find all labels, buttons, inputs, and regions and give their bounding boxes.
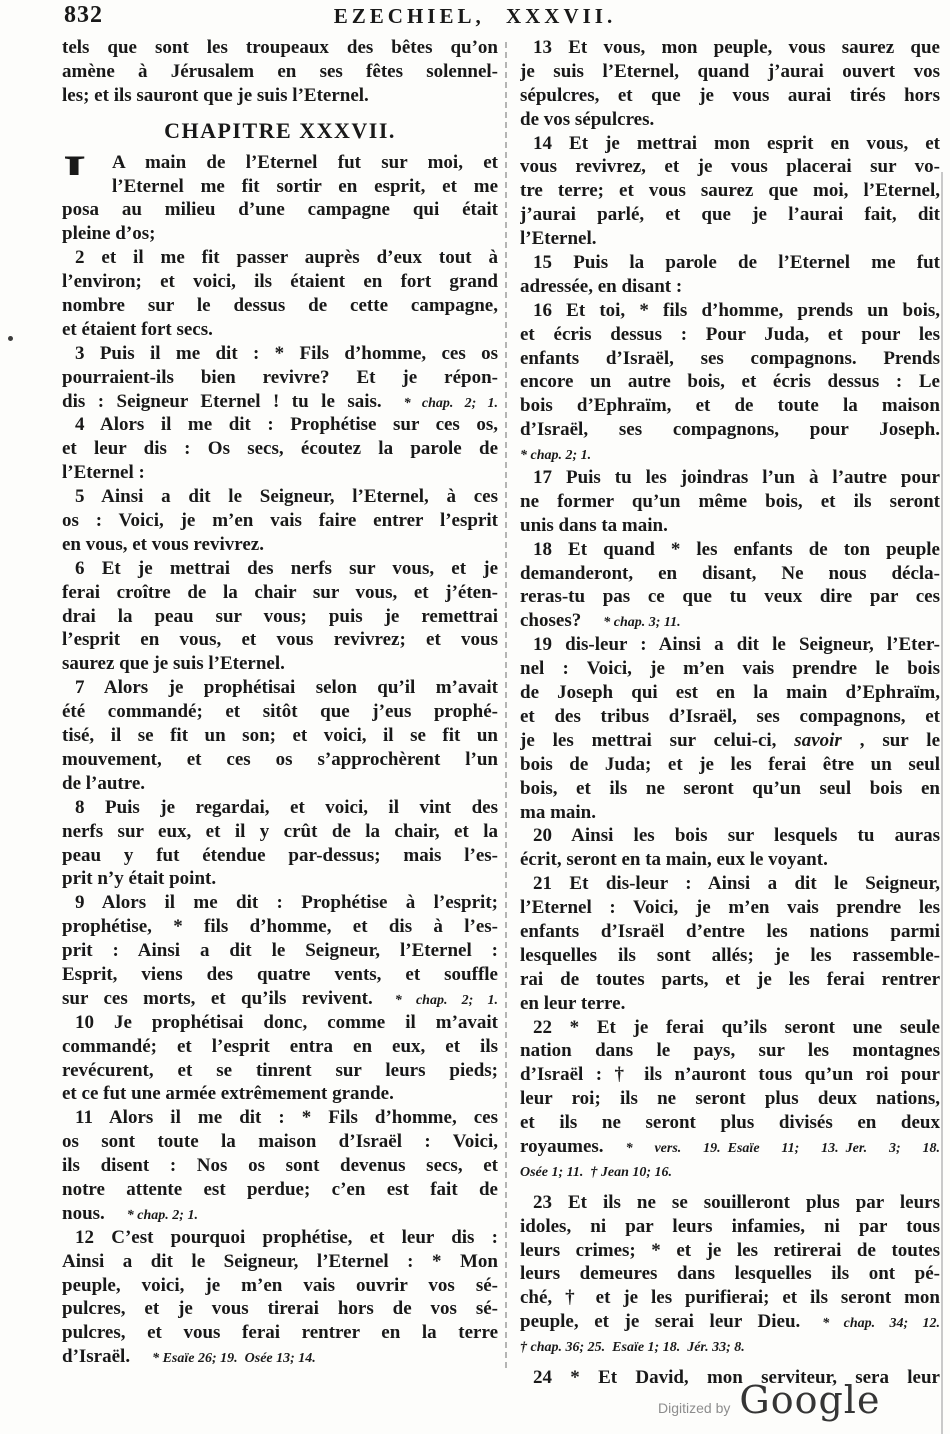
text-line: lesquelles ils sont allés; je les rassem… — [520, 944, 940, 968]
verse-text: d’Israël. — [62, 1346, 130, 1367]
scan-artifact-dot — [8, 336, 13, 341]
verse-text: reras-tu pas ce que tu veux dire par ces — [520, 586, 940, 607]
verse-text: sépulcres, et que je vous aurai tirés ho… — [520, 85, 940, 106]
text-line: nous.* chap. 2; 1. — [62, 1202, 498, 1226]
chapter-heading: CHAPITRE XXXVII. — [62, 118, 498, 144]
verse-text: 2 et il me fit passer auprès d’eux tout … — [75, 247, 498, 268]
citation-reference: * chap. 2; 1. — [127, 1208, 198, 1223]
text-line: * chap. 2; 1. — [520, 442, 940, 466]
verse-text: savoir — [794, 730, 842, 751]
verse-text: bois d’Ephraïm, et de toute la maison — [520, 395, 940, 416]
text-line: ma main. — [520, 801, 940, 825]
text-line: unis dans ta main. — [520, 514, 940, 538]
verse-text: saurez que je suis l’Eternel. — [62, 653, 285, 674]
verse-text: l’Eternel me fit sortir en esprit, et me — [112, 176, 498, 197]
digitization-credit: Digitized by Google — [658, 1378, 880, 1422]
text-line: commandé; et l’esprit entra en eux, et i… — [62, 1035, 498, 1059]
text-line: je les mettrai sur celui-ci, savoir , su… — [520, 729, 940, 753]
verse-text: idoles, ni par leurs infamies, ni par to… — [520, 1216, 940, 1237]
text-line: d’Israël.* Esaïe 26; 19. Osée 13; 14. — [62, 1345, 498, 1369]
verse-text: A main de l’Eternel fut sur moi, et — [112, 152, 498, 173]
text-line: 21 Et dis-leur : Ainsi a dit le Seigneur… — [520, 872, 940, 896]
verse-text: 20 Ainsi les bois sur lesquels tu auras — [533, 825, 940, 846]
text-line: peuple, voici, je m’en vais ouvrir vos s… — [62, 1274, 498, 1298]
verse-text: 18 Et quand * les enfants de ton peuple — [533, 539, 940, 560]
text-line: demanderont, en disant, Ne nous décla- — [520, 562, 940, 586]
text-line: 23 Et ils ne se souilleront plus par leu… — [520, 1191, 940, 1215]
verse-text: nombre sur le dessus de cette campagne, — [62, 295, 498, 316]
text-line: os sont toute la maison d’Israël : Voici… — [62, 1130, 498, 1154]
text-line: et des tribus d’Israël, ses compagnons, … — [520, 705, 940, 729]
verse-text: 23 Et ils ne se souilleront plus par leu… — [533, 1192, 940, 1213]
left-text-column: tels que sont les troupeaux des bêtes qu… — [62, 36, 498, 1369]
text-line: choses?* chap. 3; 11. — [520, 609, 940, 633]
text-line: prit : Ainsi a dit le Seigneur, l’Eterne… — [62, 939, 498, 963]
citation-reference: * chap. 2; 1. — [520, 448, 591, 463]
verse-text: pulcres, et vous ferai rentrer en la ter… — [62, 1322, 498, 1343]
verse-text: 13 Et vous, mon peuple, vous saurez que — [533, 37, 940, 58]
verse-text: 12 C’est pourquoi prophétise, et leur di… — [75, 1227, 498, 1248]
verse-text: pulcres, et je vous tirerai hors de vos … — [62, 1298, 498, 1319]
verse-text: rai de toutes parts, et je les ferai ren… — [520, 969, 940, 990]
text-line: encore un autre bois, et écris dessus : … — [520, 370, 940, 394]
verse-text: 4 Alors il me dit : Prophétise sur ces o… — [75, 414, 498, 435]
verse-text: j’aurai parlé, et que je l’aurai fait, d… — [520, 204, 940, 225]
text-line: 9 Alors il me dit : Prophétise à l’espri… — [62, 891, 498, 915]
text-line: 20 Ainsi les bois sur lesquels tu auras — [520, 824, 940, 848]
verse-text: revécurent, et se tinrent sur leurs pied… — [62, 1060, 498, 1081]
column-divider-rule — [505, 42, 507, 1368]
citation-reference: * chap. 2; 1. — [404, 396, 498, 411]
verse-text: tels que sont les troupeaux des bêtes qu… — [62, 37, 498, 58]
text-line: j’aurai parlé, et que je l’aurai fait, d… — [520, 203, 940, 227]
verse-text: , sur le — [860, 730, 940, 751]
text-line: Esprit, viens des quatre vents, et souff… — [62, 963, 498, 987]
verse-text: prit : Ainsi a dit le Seigneur, l’Eterne… — [62, 940, 498, 961]
text-line: je suis l’Eternel, quand j’aurai ouvert … — [520, 60, 940, 84]
verse-text: leurs demeures dans lesquelles ils ont p… — [520, 1263, 940, 1284]
text-line: et étaient fort secs. — [62, 318, 498, 342]
verse-text: 5 Ainsi a dit le Seigneur, l’Eternel, à … — [75, 486, 498, 507]
text-line: 12 C’est pourquoi prophétise, et leur di… — [62, 1226, 498, 1250]
text-line: mouvement, et ces os s’approchèrent l’un — [62, 748, 498, 772]
verse-text: ma main. — [520, 802, 596, 823]
verse-text: ché, † et je les purifierai; et ils sero… — [520, 1287, 940, 1308]
text-line: 15 Puis la parole de l’Eternel me fut — [520, 251, 940, 275]
text-line: 13 Et vous, mon peuple, vous saurez que — [520, 36, 940, 60]
verse-text: nous. — [62, 1203, 105, 1224]
text-line: pleine d’os; — [62, 222, 498, 246]
text-line: nel : Voici, je m’en vais prendre le boi… — [520, 657, 940, 681]
verse-text: je suis l’Eternel, quand j’aurai ouvert … — [520, 61, 940, 82]
text-line: 19 dis-leur : Ainsi a dit le Seigneur, l… — [520, 633, 940, 657]
verse-text: Esprit, viens des quatre vents, et souff… — [62, 964, 498, 985]
verse-text: et écris dessus : Pour Juda, et pour les — [520, 324, 940, 345]
verse-text: enfants d’Israël d’entre les nations par… — [520, 921, 940, 942]
text-line: reras-tu pas ce que tu veux dire par ces — [520, 585, 940, 609]
verse-text: unis dans ta main. — [520, 515, 668, 536]
verse-text: l’Eternel : Voici, je m’en vais prendre … — [520, 897, 940, 918]
text-line: LA main de l’Eternel fut sur moi, et — [62, 151, 498, 175]
text-line: ferai croître de la chair sur vous, et j… — [62, 581, 498, 605]
verse-text: os sont toute la maison d’Israël : Voici… — [62, 1131, 498, 1152]
verse-text: peau y fut étendue par-dessus; mais l’es… — [62, 845, 498, 866]
verse-text: encore un autre bois, et écris dessus : … — [520, 371, 940, 392]
text-line: tre terre; et vous saurez que moi, l’Ete… — [520, 179, 940, 203]
verse-text: tisé, il se fit un son; et voici, il se … — [62, 725, 498, 746]
verse-text: leur roi; ils ne seront plus deux nation… — [520, 1088, 940, 1109]
verse-text: tre terre; et vous saurez que moi, l’Ete… — [520, 180, 940, 201]
text-line: dis : Seigneur Eternel ! tu le sais.* ch… — [62, 390, 498, 414]
text-line: leurs demeures dans lesquelles ils ont p… — [520, 1262, 940, 1286]
verse-text: 19 dis-leur : Ainsi a dit le Seigneur, l… — [533, 634, 940, 655]
verse-text: vous revivrez, et je vous placerai sur v… — [520, 156, 940, 177]
verse-text: amène à Jérusalem en ses fêtes solennel- — [62, 61, 498, 82]
verse-text: en vous, et vous revivrez. — [62, 534, 264, 555]
text-line: tels que sont les troupeaux des bêtes qu… — [62, 36, 498, 60]
verse-text: l’environ; et voici, ils étaient en fort… — [62, 271, 498, 292]
verse-text: de Joseph qui est en la main d’Ephraïm, — [520, 682, 940, 703]
text-line: drai la peau sur vous; puis je remettrai — [62, 605, 498, 629]
text-line: ils disent : Nos os sont devenus secs, e… — [62, 1154, 498, 1178]
text-line: bois d’Ephraïm, et de toute la maison — [520, 394, 940, 418]
citation-reference: * Esaïe 26; 19. Osée 13; 14. — [152, 1351, 316, 1366]
verse-text: prit n’y était point. — [62, 868, 216, 889]
verse-text: 3 Puis il me dit : * Fils d’homme, ces o… — [75, 343, 498, 364]
verse-text: Ainsi a dit le Seigneur, l’Eternel : * M… — [62, 1251, 498, 1272]
verse-text: demanderont, en disant, Ne nous décla- — [520, 563, 940, 584]
verse-text: l’Eternel : — [62, 462, 145, 483]
verse-text: et ce fut une armée extrêmement grande. — [62, 1083, 394, 1104]
verse-text: enfants d’Israël, ses compagnons. Prends — [520, 348, 940, 369]
verse-text: royaumes. — [520, 1136, 604, 1157]
citation-reference: * chap. 3; 11. — [603, 615, 680, 630]
verse-text: et ils ne seront plus divisés en deux — [520, 1112, 940, 1133]
text-line: 3 Puis il me dit : * Fils d’homme, ces o… — [62, 342, 498, 366]
verse-text: leurs crimes; * et je les retirerai de t… — [520, 1240, 940, 1261]
verse-text: commandé; et l’esprit entra en eux, et i… — [62, 1036, 498, 1057]
verse-text: 10 Je prophétisai donc, comme il m’avait — [75, 1012, 498, 1033]
text-line: notre attente est perdue; c’en est fait … — [62, 1178, 498, 1202]
verse-text: ne former qu’un même bois, et ils seront — [520, 491, 940, 512]
verse-text: nation dans le pays, sur les montagnes — [520, 1040, 940, 1061]
verse-text: nel : Voici, je m’en vais prendre le boi… — [520, 658, 940, 679]
verse-text: et étaient fort secs. — [62, 319, 213, 340]
text-line: l’Eternel : Voici, je m’en vais prendre … — [520, 896, 940, 920]
verse-text: 6 Et je mettrai des nerfs sur vous, et j… — [75, 558, 498, 579]
verse-text: pleine d’os; — [62, 223, 155, 244]
verse-text: 9 Alors il me dit : Prophétise à l’espri… — [75, 892, 498, 913]
text-line: enfants d’Israël, ses compagnons. Prends — [520, 347, 940, 371]
scanned-book-page: 832 EZECHIEL, XXXVII. tels que sont les … — [0, 0, 950, 1434]
text-line: les; et ils sauront que je suis l’Eterne… — [62, 84, 498, 108]
verse-text: d’Israël : † ils n’auront tous qu’un roi… — [520, 1064, 940, 1085]
text-line: sur ces morts, et qu’ils revivent.* chap… — [62, 987, 498, 1011]
text-line: Ainsi a dit le Seigneur, l’Eternel : * M… — [62, 1250, 498, 1274]
verse-text: 15 Puis la parole de l’Eternel me fut — [533, 252, 940, 273]
verse-text: lesquelles ils sont allés; je les rassem… — [520, 945, 940, 966]
citation-reference: * vers. 19. Esaïe 11; 13. Jer. 3; 18. — [626, 1141, 940, 1156]
text-line: de Joseph qui est en la main d’Ephraïm, — [520, 681, 940, 705]
verse-text: en leur terre. — [520, 993, 625, 1014]
text-line: l’environ; et voici, ils étaient en fort… — [62, 270, 498, 294]
verse-text: 7 Alors je prophétisai selon qu’il m’ava… — [75, 677, 498, 698]
text-line: ne former qu’un même bois, et ils seront — [520, 490, 940, 514]
verse-text: 14 Et je mettrai mon esprit en vous, et — [533, 133, 940, 154]
verse-text: 22 * Et je ferai qu’ils seront une seule — [533, 1017, 940, 1038]
verse-text: dis : Seigneur Eternel ! tu le sais. — [62, 391, 382, 412]
text-line: sépulcres, et que je vous aurai tirés ho… — [520, 84, 940, 108]
text-line: 10 Je prophétisai donc, comme il m’avait — [62, 1011, 498, 1035]
verse-text: écrit, seront en ta main, eux le voyant. — [520, 849, 828, 870]
verse-text: et des tribus d’Israël, ses compagnons, … — [520, 706, 940, 727]
text-line: royaumes.* vers. 19. Esaïe 11; 13. Jer. … — [520, 1135, 940, 1159]
text-line: 22 * Et je ferai qu’ils seront une seule — [520, 1016, 940, 1040]
text-line: de l’autre. — [62, 772, 498, 796]
verse-text: de l’autre. — [62, 773, 145, 794]
verse-text: 21 Et dis-leur : Ainsi a dit le Seigneur… — [533, 873, 940, 894]
verse-text: bois de Juda; et je les ferai être un se… — [520, 754, 940, 775]
verse-text: ferai croître de la chair sur vous, et j… — [62, 582, 498, 603]
verse-text: drai la peau sur vous; puis je remettrai — [62, 606, 498, 627]
digitized-by-label: Digitized by — [658, 1400, 730, 1416]
scan-artifact-line — [941, 172, 943, 1434]
verse-text: peuple, voici, je m’en vais ouvrir vos s… — [62, 1275, 498, 1296]
text-line: 4 Alors il me dit : Prophétise sur ces o… — [62, 413, 498, 437]
text-line: 17 Puis tu les joindras l’un à l’autre p… — [520, 466, 940, 490]
verse-text: 17 Puis tu les joindras l’un à l’autre p… — [533, 467, 940, 488]
text-line: en vous, et vous revivrez. — [62, 533, 498, 557]
text-line: rai de toutes parts, et je les ferai ren… — [520, 968, 940, 992]
citation-reference: * chap. 2; 1. — [395, 993, 498, 1008]
verse-text: posa au milieu d’une campagne qui était — [62, 199, 498, 220]
verse-text: nerfs sur eux, et il y crût de la chair,… — [62, 821, 498, 842]
text-line: nation dans le pays, sur les montagnes — [520, 1039, 940, 1063]
text-line: pulcres, et vous ferai rentrer en la ter… — [62, 1321, 498, 1345]
text-line: prophétise, * fils d’homme, et dis à l’e… — [62, 915, 498, 939]
text-line: idoles, ni par leurs infamies, ni par to… — [520, 1215, 940, 1239]
text-line: ché, † et je les purifierai; et ils sero… — [520, 1286, 940, 1310]
text-line: été commandé; et sitôt que j’eus prophé- — [62, 700, 498, 724]
right-text-column: 13 Et vous, mon peuple, vous saurez quej… — [520, 36, 940, 1390]
verse-text: l’Eternel. — [520, 228, 597, 249]
text-line: enfants d’Israël d’entre les nations par… — [520, 920, 940, 944]
verse-text: de vos sépulcres. — [520, 109, 654, 130]
verse-text: 11 Alors il me dit : * Fils d’homme, ces — [75, 1107, 498, 1128]
text-line: nerfs sur eux, et il y crût de la chair,… — [62, 820, 498, 844]
text-line: bois, et ils ne seront qu’un seul bois e… — [520, 777, 940, 801]
verse-text: pourraient-ils bien revivre? Et je répon… — [62, 367, 498, 388]
verse-text: peuple, et je serai leur Dieu. — [520, 1311, 800, 1332]
text-line: 18 Et quand * les enfants de ton peuple — [520, 538, 940, 562]
text-line: l’Eternel. — [520, 227, 940, 251]
verse-text: l’esprit en vous, et vous revivrez; et v… — [62, 629, 498, 650]
verse-text: sur ces morts, et qu’ils revivent. — [62, 988, 373, 1009]
running-title: EZECHIEL, XXXVII. — [0, 4, 950, 29]
verse-text: d’Israël, ses compagnons, pour Joseph. — [520, 419, 940, 440]
verse-text: os : Voici, je m’en vais faire entrer l’… — [62, 510, 498, 531]
citation-reference: * chap. 34; 12. — [822, 1316, 940, 1331]
text-line: de vos sépulcres. — [520, 108, 940, 132]
verse-text: et leur dis : Os secs, écoutez la parole… — [62, 438, 498, 459]
verse-text: les; et ils sauront que je suis l’Eterne… — [62, 85, 369, 106]
verse-text: notre attente est perdue; c’en est fait … — [62, 1179, 498, 1200]
text-line: prit n’y était point. — [62, 867, 498, 891]
verse-text: ils disent : Nos os sont devenus secs, e… — [62, 1155, 498, 1176]
text-line: l’Eternel : — [62, 461, 498, 485]
text-line: tisé, il se fit un son; et voici, il se … — [62, 724, 498, 748]
verse-text: je les mettrai sur celui-ci, — [520, 730, 794, 751]
text-line: saurez que je suis l’Eternel. — [62, 652, 498, 676]
text-line: écrit, seront en ta main, eux le voyant. — [520, 848, 940, 872]
text-line: peuple, et je serai leur Dieu.* chap. 34… — [520, 1310, 940, 1334]
verse-text: mouvement, et ces os s’approchèrent l’un — [62, 749, 498, 770]
text-line: posa au milieu d’une campagne qui était — [62, 198, 498, 222]
text-line: vous revivrez, et je vous placerai sur v… — [520, 155, 940, 179]
text-line: os : Voici, je m’en vais faire entrer l’… — [62, 509, 498, 533]
drop-cap: L — [64, 153, 102, 175]
text-line: revécurent, et se tinrent sur leurs pied… — [62, 1059, 498, 1083]
verse-text: choses? — [520, 610, 581, 631]
verse-text: bois, et ils ne seront qu’un seul bois e… — [520, 778, 940, 799]
text-line: et écris dessus : Pour Juda, et pour les — [520, 323, 940, 347]
text-line: peau y fut étendue par-dessus; mais l’es… — [62, 844, 498, 868]
text-line: bois de Juda; et je les ferai être un se… — [520, 753, 940, 777]
verse-text: 8 Puis je regardai, et voici, il vint de… — [75, 797, 498, 818]
text-line: 8 Puis je regardai, et voici, il vint de… — [62, 796, 498, 820]
text-line: 14 Et je mettrai mon esprit en vous, et — [520, 132, 940, 156]
text-line: pourraient-ils bien revivre? Et je répon… — [62, 366, 498, 390]
text-line: adressée, en disant : — [520, 275, 940, 299]
text-line: leurs crimes; * et je les retirerai de t… — [520, 1239, 940, 1263]
text-line: 5 Ainsi a dit le Seigneur, l’Eternel, à … — [62, 485, 498, 509]
text-line: et ce fut une armée extrêmement grande. — [62, 1082, 498, 1106]
verse-text: 16 Et toi, * fils d’homme, prends un boi… — [533, 300, 940, 321]
text-line: et leur dis : Os secs, écoutez la parole… — [62, 437, 498, 461]
text-line: 11 Alors il me dit : * Fils d’homme, ces — [62, 1106, 498, 1130]
google-logo: Google — [739, 1378, 880, 1422]
text-line: l’esprit en vous, et vous revivrez; et v… — [62, 628, 498, 652]
text-line: 6 Et je mettrai des nerfs sur vous, et j… — [62, 557, 498, 581]
text-line: d’Israël, ses compagnons, pour Joseph. — [520, 418, 940, 442]
verse-text: adressée, en disant : — [520, 276, 682, 297]
citation-reference: Osée 1; 11. † Jean 10; 16. — [520, 1165, 672, 1180]
text-line: 16 Et toi, * fils d’homme, prends un boi… — [520, 299, 940, 323]
text-line: leur roi; ils ne seront plus deux nation… — [520, 1087, 940, 1111]
text-line: l’Eternel me fit sortir en esprit, et me — [62, 175, 498, 199]
text-line: Osée 1; 11. † Jean 10; 16. — [520, 1159, 940, 1183]
text-line: 2 et il me fit passer auprès d’eux tout … — [62, 246, 498, 270]
text-line: pulcres, et je vous tirerai hors de vos … — [62, 1297, 498, 1321]
text-line: d’Israël : † ils n’auront tous qu’un roi… — [520, 1063, 940, 1087]
citation-reference: † chap. 36; 25. Esaïe 1; 18. Jér. 33; 8. — [520, 1340, 745, 1355]
text-line: nombre sur le dessus de cette campagne, — [62, 294, 498, 318]
verse-text: été commandé; et sitôt que j’eus prophé- — [62, 701, 498, 722]
text-line: en leur terre. — [520, 992, 940, 1016]
text-line: amène à Jérusalem en ses fêtes solennel- — [62, 60, 498, 84]
text-line: † chap. 36; 25. Esaïe 1; 18. Jér. 33; 8. — [520, 1334, 940, 1358]
text-line: et ils ne seront plus divisés en deux — [520, 1111, 940, 1135]
text-line: 7 Alors je prophétisai selon qu’il m’ava… — [62, 676, 498, 700]
verse-text: prophétise, * fils d’homme, et dis à l’e… — [62, 916, 498, 937]
